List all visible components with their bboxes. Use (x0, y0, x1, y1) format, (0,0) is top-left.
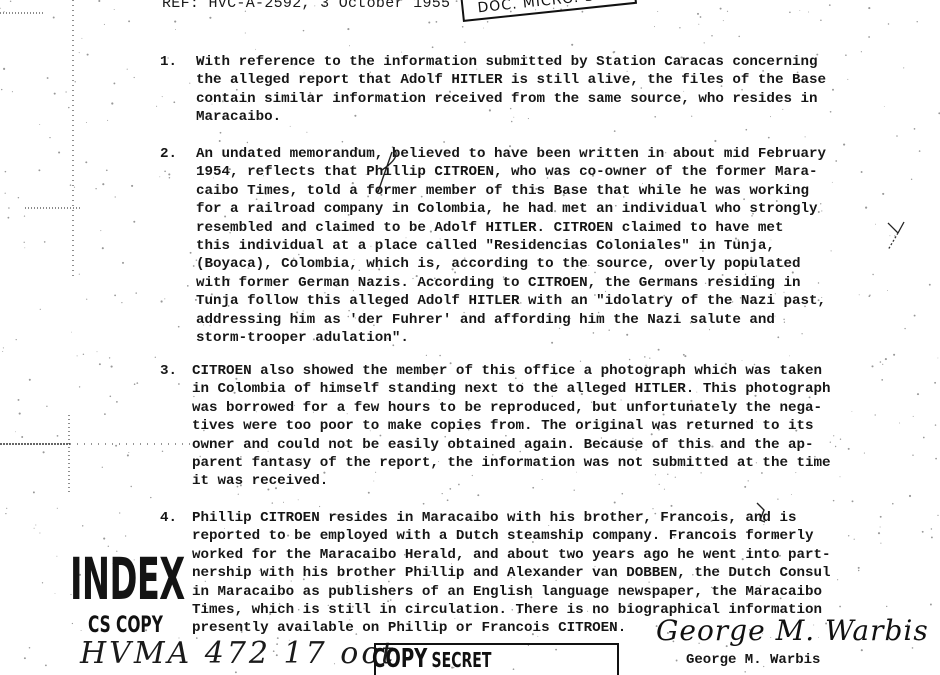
paragraph-line: With reference to the information submit… (160, 53, 890, 71)
doc-micro-ser-stamp: DOC. MICRO. SER (459, 0, 637, 22)
paragraph-line: for a railroad company in Colombia, he h… (160, 200, 890, 218)
copy-stamp-text: COPY (372, 644, 427, 674)
cs-copy-stamp: CS COPY (88, 613, 163, 638)
paragraph-2: 2. An undated memorandum, believed to ha… (160, 145, 890, 347)
paragraph-line: resembled and claimed to be Adolf HITLER… (160, 219, 890, 237)
document-page: REF: HVC-A-2592, 3 October 1955 DOC. MIC… (0, 0, 940, 675)
paragraph-line: in Colombia of himself standing next to … (160, 380, 890, 398)
paragraph-line: Maracaibo. (160, 108, 890, 126)
paragraph-line: Phillip CITROEN resides in Maracaibo wit… (160, 509, 890, 527)
paragraph-line: 1954, reflects that Phillip CITROEN, who… (160, 163, 890, 181)
paragraph-number: 3. (160, 362, 190, 380)
paragraph-line: parent fantasy of the report, the inform… (160, 454, 890, 472)
paragraph-line: was borrowed for a few hours to be repro… (160, 399, 890, 417)
paragraph-3: 3. CITROEN also showed the member of thi… (160, 362, 890, 491)
paragraph-line: the alleged report that Adolf HITLER is … (160, 71, 890, 89)
index-stamp: INDEX (70, 549, 185, 609)
paragraph-line: tives were too poor to make copies from.… (160, 417, 890, 435)
paragraph-line: addressing him as 'der Fuhrer' and affor… (160, 311, 890, 329)
paragraph-line: this individual at a place called "Resid… (160, 237, 890, 255)
paragraph-line: with former German Nazis. According to C… (160, 274, 890, 292)
paragraph-line: Tunja follow this alleged Adolf HITLER w… (160, 292, 890, 310)
paragraph-line: storm-trooper adulation". (160, 329, 890, 347)
paragraph-line: nership with his brother Phillip and Ale… (160, 564, 890, 582)
paragraph-line: worked for the Maracaibo Herald, and abo… (160, 546, 890, 564)
paragraph-line: An undated memorandum, believed to have … (160, 145, 890, 163)
paragraph-line: in Maracaibo as publishers of an English… (160, 583, 890, 601)
handwritten-signature: George M. Warbis (656, 614, 929, 647)
paragraph-line: caibo Times, told a former member of thi… (160, 182, 890, 200)
signer-name: George M. Warbis (686, 652, 820, 668)
paragraph-number: 1. (160, 53, 190, 71)
paragraph-line: reported to be employed with a Dutch ste… (160, 527, 890, 545)
paragraph-line: (Boyaca), Colombia, which is, according … (160, 255, 890, 273)
paragraph-1: 1. With reference to the information sub… (160, 53, 890, 127)
reference-line: REF: HVC-A-2592, 3 October 1955 (162, 0, 450, 12)
copy-secret-stamp: COPYSECRET (372, 644, 491, 674)
paragraph-line: contain similar information received fro… (160, 90, 890, 108)
paragraph-line: CITROEN also showed the member of this o… (160, 362, 890, 380)
secret-stamp-text: SECRET (432, 648, 492, 672)
paragraph-line: it was received. (160, 472, 890, 490)
paragraph-number: 2. (160, 145, 190, 163)
paragraph-line: owner and could not be easily obtained a… (160, 436, 890, 454)
handwritten-reference: HVMA 472 17 oct (80, 636, 396, 671)
paragraph-number: 4. (160, 509, 190, 527)
